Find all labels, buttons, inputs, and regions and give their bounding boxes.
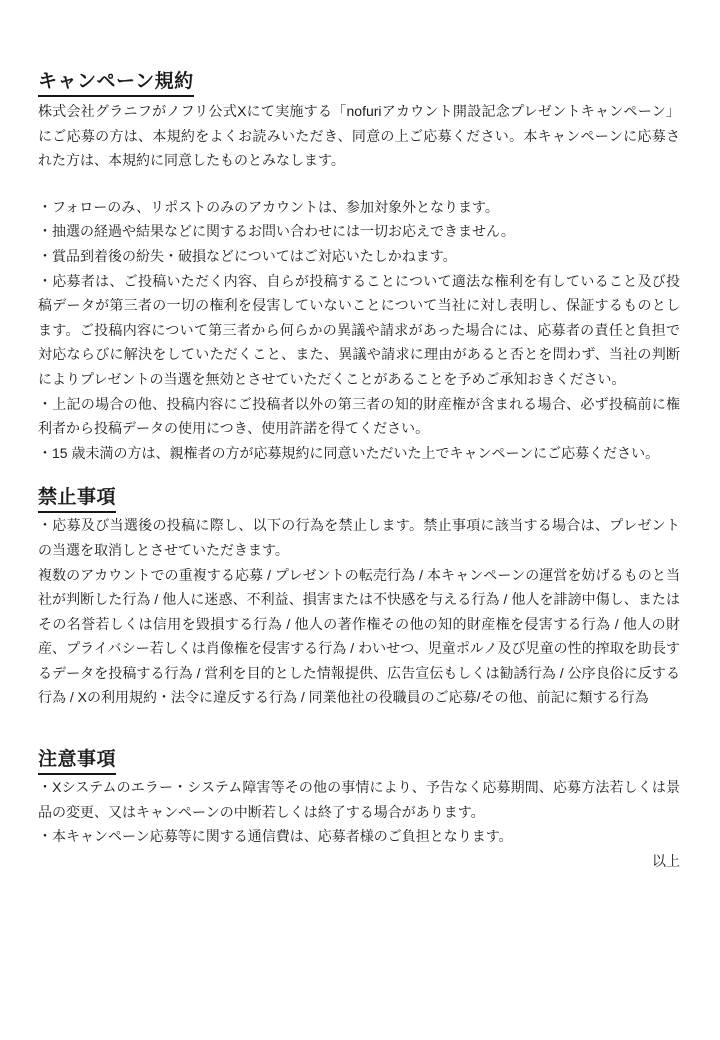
notes-section-heading: 注意事項 [38,748,680,775]
prohibited-section-heading-text: 禁止事項 [38,486,116,513]
general-term-item: ・15 歳未満の方は、親権者の方が応募規約に同意いただいた上でキャンペーンにご応… [38,441,680,466]
general-terms-list: ・フォローのみ、リポストのみのアカウントは、参加対象外となります。 ・抽選の経過… [38,195,680,466]
campaign-terms-title: キャンペーン規約 [38,70,680,97]
notes-section-heading-text: 注意事項 [38,748,116,775]
note-item: ・Xシステムのエラー・システム障害等その他の事情により、予告なく応募期間、応募方… [38,775,680,824]
general-term-item: ・フォローのみ、リポストのみのアカウントは、参加対象外となります。 [38,195,680,220]
terms-intro-paragraph: 株式会社グラニフがノフリ公式Xにて実施する「nofuriアカウント開設記念プレゼ… [38,99,680,173]
prohibited-items-paragraph: 複数のアカウントでの重複する応募 / プレゼントの転売行為 / 本キャンペーンの… [38,563,680,711]
general-term-item: ・上記の場合の他、投稿内容にご投稿者以外の第三者の知的財産権が含まれる場合、必ず… [38,392,680,441]
closing-statement: 以上 [38,849,680,874]
prohibited-section-heading: 禁止事項 [38,486,680,513]
campaign-terms-title-text: キャンペーン規約 [38,70,194,97]
document-page: キャンペーン規約 株式会社グラニフがノフリ公式Xにて実施する「nofuriアカウ… [0,0,720,1040]
document-content: キャンペーン規約 株式会社グラニフがノフリ公式Xにて実施する「nofuriアカウ… [38,70,680,873]
general-term-item: ・応募者は、ご投稿いただく内容、自らが投稿することについて適法な権利を有している… [38,269,680,392]
general-term-item: ・抽選の経過や結果などに関するお問い合わせには一切お応えできません。 [38,219,680,244]
note-item: ・本キャンペーン応募等に関する通信費は、応募者様のご負担となります。 [38,824,680,849]
general-term-item: ・賞品到着後の紛失・破損などについてはご対応いたしかねます。 [38,244,680,269]
prohibited-intro-paragraph: ・応募及び当選後の投稿に際し、以下の行為を禁止します。禁止事項に該当する場合は、… [38,513,680,562]
